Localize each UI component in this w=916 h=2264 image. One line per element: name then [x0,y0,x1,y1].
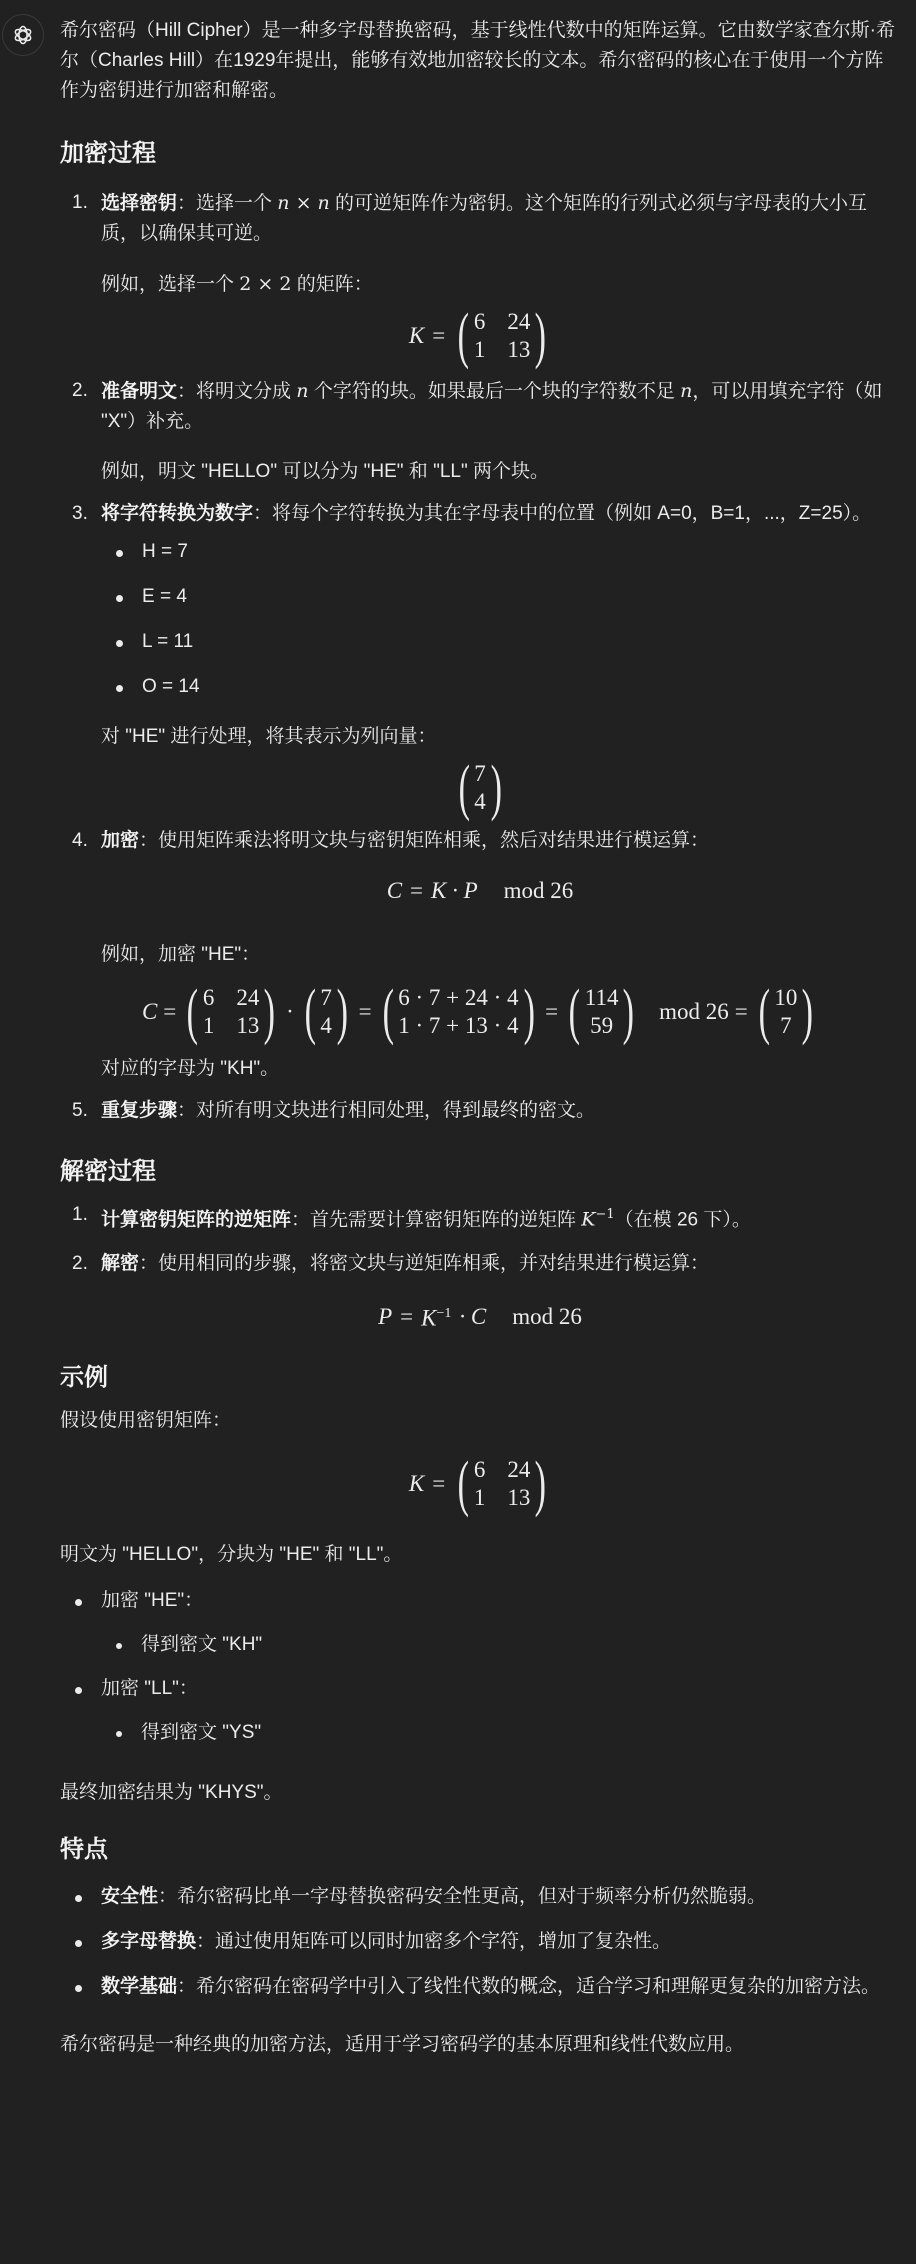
matrix-cell: 6 [474,308,486,336]
bullet-icon [116,685,123,692]
final-result-text: 最终加密结果为 "KHYS"。 [60,1778,900,1808]
key-matrix-formula: K= ( 624113 ) [60,308,900,364]
list-item-label: 得到密文 "YS" [141,1722,261,1743]
math-inline: n × n [277,192,329,214]
math-inline: K [581,1208,595,1230]
bullet-icon [116,550,123,557]
math-var: K [409,1469,424,1499]
matrix-cell: 13 [236,1012,259,1040]
step-text: （在模 26 下）。 [615,1209,751,1230]
math-var: P [378,1302,392,1332]
vector-cell: 59 [585,1012,619,1040]
step-text: ：使用矩阵乘法将明文块与密钥矩阵相乘，然后对结果进行模运算： [139,830,709,851]
vector-cell: 1 · 7 + 13 · 4 [398,1012,518,1040]
plaintext-text: 明文为 "HELLO"，分块为 "HE" 和 "LL"。 [60,1540,900,1570]
step-number: 2. [72,376,88,406]
math-mod: mod 26 [504,876,574,906]
vector: ( 74 ) [454,760,507,816]
mapping-text: L = 11 [142,631,193,652]
matrix-cell: 1 [474,1484,486,1512]
example-key-matrix: K= ( 624113 ) [60,1456,900,1512]
mapping-text: E = 4 [142,586,187,607]
step-text: ：首先需要计算密钥矩阵的逆矩阵 [291,1209,581,1230]
vector-cell: 4 [474,788,486,816]
bullet-icon [75,1687,82,1694]
step-title: 选择密钥 [101,193,177,214]
matrix-cell: 13 [507,1484,530,1512]
step-number: 3. [72,499,88,529]
vector-cell: 10 [774,984,797,1012]
list-item-label: 加密 "LL"： [101,1678,198,1699]
vector-cell: 114 [585,984,619,1012]
step-title: 重复步骤 [101,1100,177,1121]
feature-text: ：希尔密码在密码学中引入了线性代数的概念，适合学习和理解更复杂的加密方法。 [177,1976,880,1997]
heading-features: 特点 [60,1834,900,1866]
step-number: 4. [72,826,88,856]
example-text: 的矩阵： [291,274,372,295]
encryption-step-1: 1. 选择密钥：选择一个 n × n 的可逆矩阵作为密钥。这个矩阵的行列式必须与… [60,188,900,364]
step-number: 1. [72,188,88,218]
math-var: K [421,1306,436,1331]
decryption-formula: P = K−1 · C mod 26 [60,1299,900,1334]
list-item: O = 14 [101,672,900,702]
math-inline: n [296,380,308,402]
list-item: 加密 "LL"： [60,1674,900,1704]
math-sup: −1 [437,1306,452,1321]
step-text: ：对所有明文块进行相同处理，得到最终的密文。 [177,1100,595,1121]
vector-cell: 7 [774,1012,797,1040]
expanded-vector: ( 6 · 7 + 24 · 41 · 7 + 13 · 4 ) [378,984,540,1040]
matrix-cell: 24 [507,308,530,336]
matrix-cell: 24 [236,984,259,1012]
list-item: 加密 "HE"： [60,1586,900,1616]
math-op: = [410,876,423,906]
decryption-step-2: 2. 解密：使用相同的步骤，将密文块与逆矩阵相乘，并对结果进行模运算： P = … [60,1249,900,1334]
math-inline: 2 × 2 [239,273,291,295]
bullet-icon [116,640,123,647]
encryption-step-2: 2. 准备明文：将明文分成 n 个字符的块。如果最后一个块的字符数不足 n，可以… [60,376,900,487]
sub-list-item: 得到密文 "YS" [60,1718,900,1748]
he-vector: ( 74 ) [60,760,900,816]
intro-paragraph: 希尔密码（Hill Cipher）是一种多字母替换密码，基于线性代数中的矩阵运算… [60,16,900,106]
vector-cell: 6 · 7 + 24 · 4 [398,984,518,1012]
decryption-steps: 1. 计算密钥矩阵的逆矩阵：首先需要计算密钥矩阵的逆矩阵 K−1（在模 26 下… [60,1200,900,1334]
encryption-step-4: 4. 加密：使用矩阵乘法将明文块与密钥矩阵相乘，然后对结果进行模运算： C = … [60,826,900,1084]
step-number: 5. [72,1096,88,1126]
math-sup: −1 [596,1207,615,1222]
step-text: ：将明文分成 [177,381,296,402]
list-item: L = 11 [101,627,900,657]
mapping-text: H = 7 [142,541,188,562]
step-title: 解密 [101,1253,139,1274]
math-var: C [142,997,157,1027]
math-op: · [286,997,294,1027]
key-matrix: ( 624113 ) [182,984,280,1040]
bullet-icon [116,1731,122,1737]
example-text: 例如，明文 "HELLO" 可以分为 "HE" 和 "LL" 两个块。 [101,457,900,487]
encryption-formula: C = K · P mod 26 [60,876,900,906]
matrix-cell: 13 [507,336,530,364]
list-item: H = 7 [101,537,900,567]
result-vector: ( 107 ) [754,984,818,1040]
bullet-icon [75,1599,82,1606]
matrix-cell: 6 [474,1456,486,1484]
feature-title: 多字母替换 [101,1931,196,1952]
example-text: 对 "HE" 进行处理，将其表示为列向量： [101,722,900,752]
step-text: ：使用相同的步骤，将密文块与逆矩阵相乘，并对结果进行模运算： [139,1253,709,1274]
encryption-step-3: 3. 将字符转换为数字：将每个字符转换为其在字母表中的位置（例如 A=0，B=1… [60,499,900,816]
math-var: C [387,876,402,906]
math-inline: n [680,380,692,402]
step-number: 1. [72,1200,88,1230]
feature-text: ：希尔密码比单一字母替换密码安全性更高，但对于频率分析仍然脆弱。 [158,1886,766,1907]
matrix-cell: 1 [474,336,486,364]
step-text: 个字符的块。如果最后一个块的字符数不足 [309,381,681,402]
step-title: 将字符转换为数字 [101,503,253,524]
matrix: ( 624113 ) [453,1456,551,1512]
step-title: 加密 [101,830,139,851]
list-item: E = 4 [101,582,900,612]
example-intro: 假设使用密钥矩阵： [60,1406,900,1436]
example-text: 例如，选择一个 [101,274,239,295]
heading-example: 示例 [60,1362,900,1394]
sub-list-item: 得到密文 "KH" [60,1630,900,1660]
math-expr: · C [459,1302,486,1332]
feature-text: ：通过使用矩阵可以同时加密多个字符，增加了复杂性。 [196,1931,671,1952]
math-expr: K · P [431,876,478,906]
mapping-text: O = 14 [142,676,200,697]
step-text: ：将每个字符转换为其在字母表中的位置（例如 A=0，B=1，...，Z=25）。 [253,503,871,524]
matrix: ( 624113 ) [453,308,551,364]
result-text: 对应的字母为 "KH"。 [101,1054,900,1084]
heading-decryption: 解密过程 [60,1156,900,1188]
example-list: 加密 "HE"： 得到密文 "KH" 加密 "LL"： 得到密文 "YS" [60,1586,900,1748]
feature-title: 安全性 [101,1886,158,1907]
feature-item: 安全性：希尔密码比单一字母替换密码安全性更高，但对于频率分析仍然脆弱。 [60,1882,900,1912]
openai-logo-icon [11,23,35,47]
step-title: 准备明文 [101,381,177,402]
matrix-cell: 6 [203,984,215,1012]
encryption-steps: 1. 选择密钥：选择一个 n × n 的可逆矩阵作为密钥。这个矩阵的行列式必须与… [60,188,900,1126]
bullet-icon [75,1985,82,1992]
math-mod: mod 26 [512,1302,582,1332]
encryption-step-5: 5. 重复步骤：对所有明文块进行相同处理，得到最终的密文。 [60,1096,900,1126]
plain-vector: ( 74 ) [300,984,353,1040]
bullet-icon [75,1940,82,1947]
vector-cell: 4 [320,1012,332,1040]
math-var: K [409,321,424,351]
vector-cell: 7 [474,760,486,788]
bullet-icon [116,1643,122,1649]
features-list: 安全性：希尔密码比单一字母替换密码安全性更高，但对于频率分析仍然脆弱。 多字母替… [60,1882,900,2002]
bullet-icon [75,1895,82,1902]
math-op: = [400,1302,413,1332]
matrix-cell: 24 [507,1456,530,1484]
step-text: ：选择一个 [177,193,277,214]
feature-item: 多字母替换：通过使用矩阵可以同时加密多个字符，增加了复杂性。 [60,1927,900,1957]
decryption-step-1: 1. 计算密钥矩阵的逆矩阵：首先需要计算密钥矩阵的逆矩阵 K−1（在模 26 下… [60,1200,900,1235]
heading-encryption: 加密过程 [60,138,900,170]
example-text: 例如，加密 "HE"： [101,940,900,970]
letter-mapping-list: H = 7 E = 4 L = 11 O = 14 [101,537,900,702]
list-item-label: 加密 "HE"： [101,1590,203,1611]
vector-cell: 7 [320,984,332,1012]
conclusion-paragraph: 希尔密码是一种经典的加密方法，适用于学习密码学的基本原理和线性代数应用。 [60,2030,900,2060]
assistant-avatar [2,14,44,56]
math-mod: mod 26 [659,997,729,1027]
list-item-label: 得到密文 "KH" [141,1634,262,1655]
feature-title: 数学基础 [101,1976,177,1997]
feature-item: 数学基础：希尔密码在密码学中引入了线性代数的概念，适合学习和理解更复杂的加密方法… [60,1972,900,2002]
bullet-icon [116,595,123,602]
product-vector: ( 11459 ) [564,984,639,1040]
step-number: 2. [72,1249,88,1279]
step-title: 计算密钥矩阵的逆矩阵 [101,1209,291,1230]
assistant-message: 希尔密码（Hill Cipher）是一种多字母替换密码，基于线性代数中的矩阵运算… [60,16,900,2060]
matrix-cell: 1 [203,1012,215,1040]
encryption-calculation: C= ( 624113 ) · ( 74 ) = ( 6 · 7 + 24 · … [60,984,900,1040]
